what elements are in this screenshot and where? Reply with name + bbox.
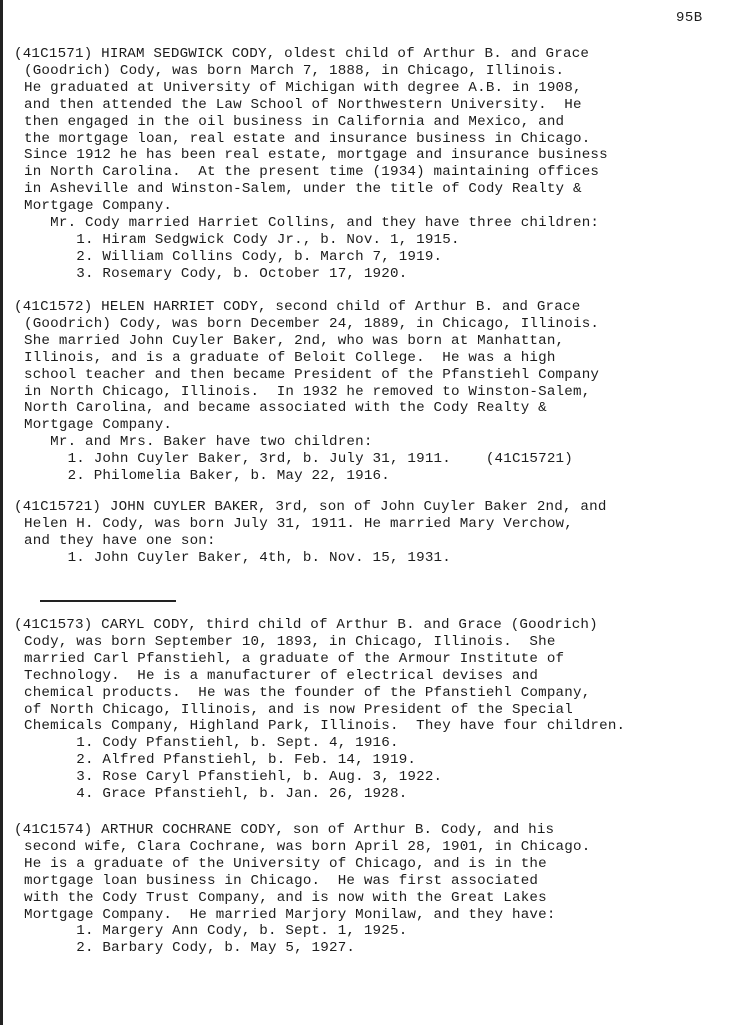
entry-text-line: in North Chicago, Illinois. In 1932 he r… bbox=[24, 384, 590, 401]
entry-text-line: the mortgage loan, real estate and insur… bbox=[24, 131, 590, 148]
entry-text-line: He is a graduate of the University of Ch… bbox=[24, 856, 547, 873]
entry-text-line: of North Chicago, Illinois, and is now P… bbox=[24, 702, 573, 719]
entry-text-line: 1. Margery Ann Cody, b. Sept. 1, 1925. bbox=[24, 923, 407, 940]
entry-text-line: 2. Philomelia Baker, b. May 22, 1916. bbox=[24, 468, 390, 485]
entry-text-line: and then attended the Law School of Nort… bbox=[24, 97, 582, 114]
entry-text-line: 1. John Cuyler Baker, 3rd, b. July 31, 1… bbox=[24, 451, 573, 468]
entry-text-line: in Asheville and Winston-Salem, under th… bbox=[24, 181, 582, 198]
entry-heading-line: (41C1571) HIRAM SEDGWICK CODY, oldest ch… bbox=[14, 46, 589, 63]
entry-text-line: with the Cody Trust Company, and is now … bbox=[24, 890, 547, 907]
entry-text-line: (Goodrich) Cody, was born March 7, 1888,… bbox=[24, 63, 564, 80]
entry-text-line: chemical products. He was the founder of… bbox=[24, 685, 590, 702]
entry-text-line: school teacher and then became President… bbox=[24, 367, 599, 384]
entry-text-line: 1. Hiram Sedgwick Cody Jr., b. Nov. 1, 1… bbox=[24, 232, 460, 249]
entry-text-line: 3. Rosemary Cody, b. October 17, 1920. bbox=[24, 266, 407, 283]
entry-text-line: second wife, Clara Cochrane, was born Ap… bbox=[24, 839, 590, 856]
entry-text-line: Since 1912 he has been real estate, mort… bbox=[24, 147, 608, 164]
entry-text-line: 2. Barbary Cody, b. May 5, 1927. bbox=[24, 940, 355, 957]
entry-text-line: Mr. Cody married Harriet Collins, and th… bbox=[24, 215, 599, 232]
entry-heading-line: (41C1574) ARTHUR COCHRANE CODY, son of A… bbox=[14, 822, 554, 839]
page-number: 95B bbox=[676, 10, 703, 26]
entry-text-line: Cody, was born September 10, 1893, in Ch… bbox=[24, 634, 556, 651]
scan-left-border bbox=[0, 0, 3, 1025]
entry-text-line: (Goodrich) Cody, was born December 24, 1… bbox=[24, 316, 599, 333]
entry-text-line: Chemicals Company, Highland Park, Illino… bbox=[24, 718, 625, 735]
entry-text-line: in North Carolina. At the present time (… bbox=[24, 164, 599, 181]
entry-heading-line: (41C1573) CARYL CODY, third child of Art… bbox=[14, 617, 598, 634]
entry-text-line: 4. Grace Pfanstiehl, b. Jan. 26, 1928. bbox=[24, 786, 407, 803]
entry-text-line: Mortgage Company. bbox=[24, 417, 172, 434]
entry-text-line: married Carl Pfanstiehl, a graduate of t… bbox=[24, 651, 564, 668]
entry-text-line: Mr. and Mrs. Baker have two children: bbox=[24, 434, 373, 451]
entry-text-line: Illinois, and is a graduate of Beloit Co… bbox=[24, 350, 556, 367]
entry-text-line: 1. John Cuyler Baker, 4th, b. Nov. 15, 1… bbox=[24, 550, 451, 567]
entry-text-line: He graduated at University of Michigan w… bbox=[24, 80, 582, 97]
entry-text-line: Helen H. Cody, was born July 31, 1911. H… bbox=[24, 516, 573, 533]
entry-text-line: Mortgage Company. bbox=[24, 198, 172, 215]
entry-heading-line: (41C1572) HELEN HARRIET CODY, second chi… bbox=[14, 299, 580, 316]
entry-text-line: 1. Cody Pfanstiehl, b. Sept. 4, 1916. bbox=[24, 735, 399, 752]
entry-text-line: mortgage loan business in Chicago. He wa… bbox=[24, 873, 538, 890]
entry-text-line: Technology. He is a manufacturer of elec… bbox=[24, 668, 538, 685]
entry-text-line: North Carolina, and became associated wi… bbox=[24, 400, 547, 417]
entry-heading-line: (41C15721) JOHN CUYLER BAKER, 3rd, son o… bbox=[14, 499, 607, 516]
entry-text-line: 3. Rose Caryl Pfanstiehl, b. Aug. 3, 192… bbox=[24, 769, 442, 786]
entry-text-line: She married John Cuyler Baker, 2nd, who … bbox=[24, 333, 564, 350]
entry-text-line: Mortgage Company. He married Marjory Mon… bbox=[24, 907, 556, 924]
entry-text-line: and they have one son: bbox=[24, 533, 216, 550]
entry-text-line: 2. William Collins Cody, b. March 7, 191… bbox=[24, 249, 442, 266]
entry-text-line: then engaged in the oil business in Cali… bbox=[24, 114, 564, 131]
separator-line bbox=[40, 600, 176, 602]
entry-text-line: 2. Alfred Pfanstiehl, b. Feb. 14, 1919. bbox=[24, 752, 416, 769]
